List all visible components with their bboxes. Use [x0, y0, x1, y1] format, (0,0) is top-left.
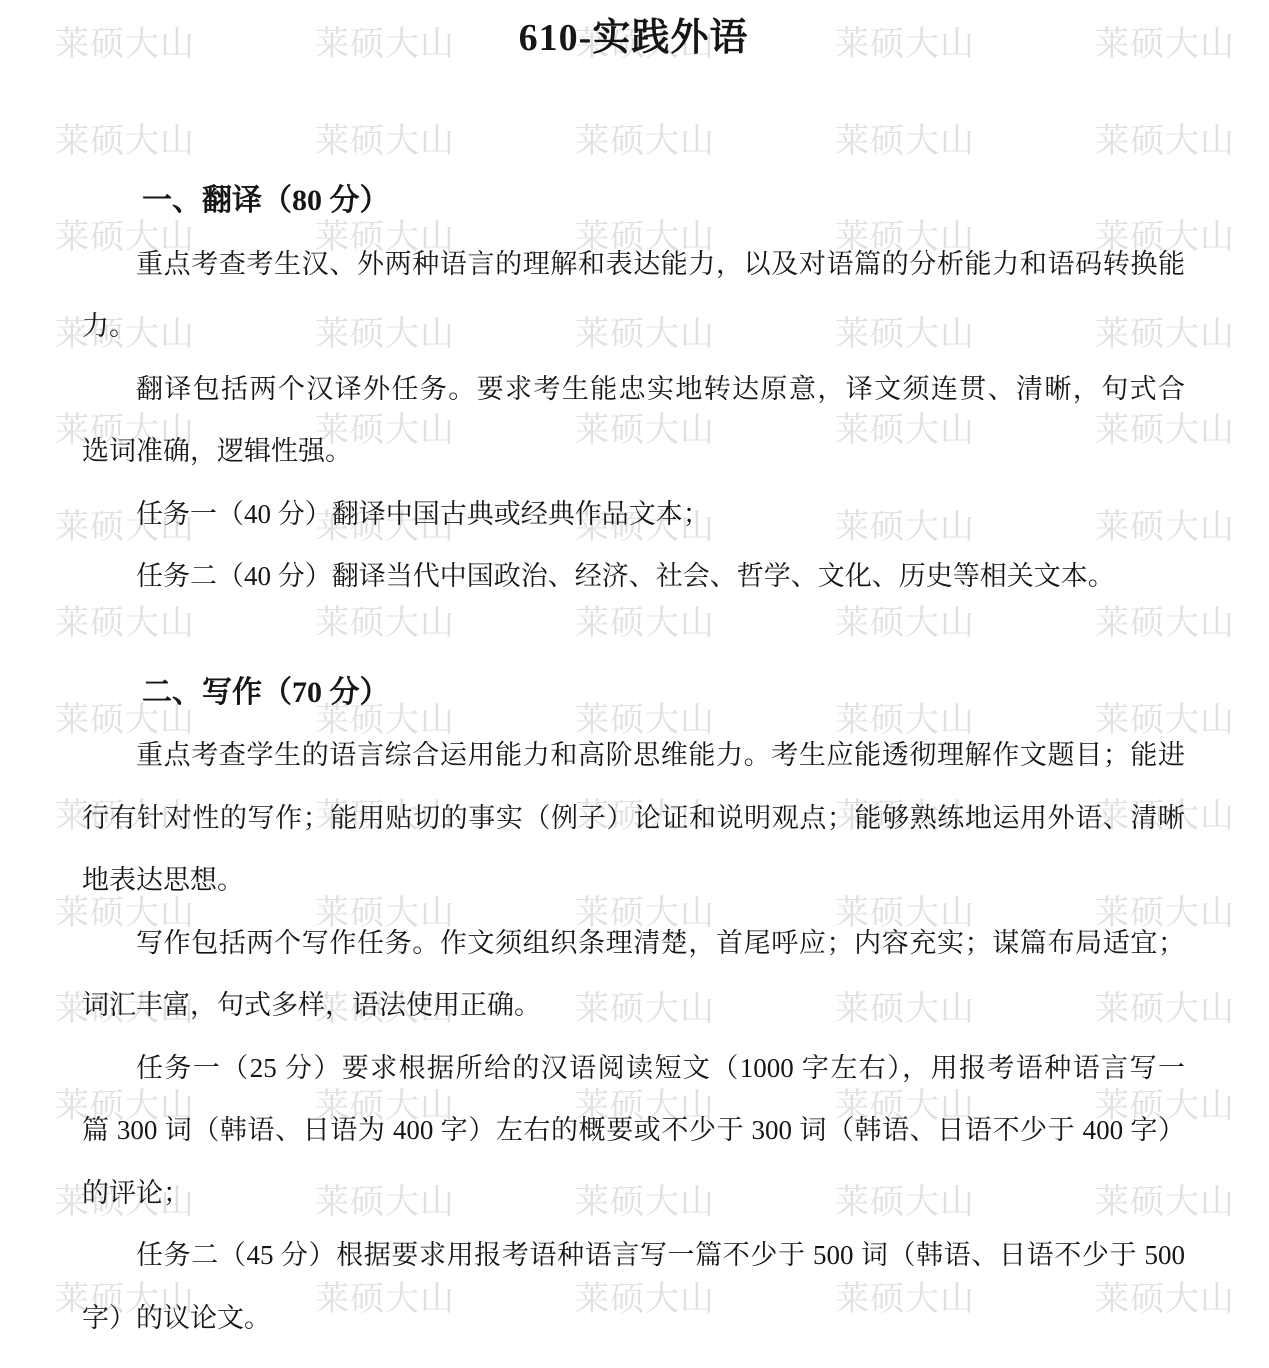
text-line: 任务二（45 分）根据要求用报考语种语言写一篇不少于 500 词（韩语、日语不少… — [82, 1224, 1185, 1287]
text-line: 任务二（40 分）翻译当代中国政治、经济、社会、哲学、文化、历史等相关文本。 — [82, 545, 1185, 608]
text-line: 力。 — [82, 295, 1185, 358]
text-line: 字）的议论文。 — [82, 1287, 1185, 1350]
section-heading-writing: 二、写作（70 分） — [82, 662, 1185, 725]
text-line: 任务一（40 分）翻译中国古典或经典作品文本； — [82, 483, 1185, 546]
paragraph: 任务二（45 分）根据要求用报考语种语言写一篇不少于 500 词（韩语、日语不少… — [82, 1224, 1185, 1349]
paragraph: 任务一（25 分）要求根据所给的汉语阅读短文（1000 字左右），用报考语种语言… — [82, 1037, 1185, 1225]
paragraph: 写作包括两个写作任务。作文须组织条理清楚，首尾呼应；内容充实；谋篇布局适宜； 词… — [82, 912, 1185, 1037]
paragraph: 重点考查学生的语言综合运用能力和高阶思维能力。考生应能透彻理解作文题目；能进 行… — [82, 724, 1185, 912]
section-heading-translation: 一、翻译（80 分） — [82, 170, 1185, 233]
paragraph: 重点考查考生汉、外两种语言的理解和表达能力，以及对语篇的分析能力和语码转换能 力… — [82, 233, 1185, 358]
text-line: 地表达思想。 — [82, 849, 1185, 912]
text-line: 选词准确，逻辑性强。 — [82, 420, 1185, 483]
document-page: 莱硕大山莱硕大山莱硕大山莱硕大山莱硕大山莱硕大山莱硕大山莱硕大山莱硕大山莱硕大山… — [0, 0, 1269, 1368]
text-line: 行有针对性的写作；能用贴切的事实（例子）论证和说明观点；能够熟练地运用外语、清晰 — [82, 787, 1185, 850]
document-title: 610-实践外语 — [82, 14, 1185, 62]
text-line: 的评论； — [82, 1162, 1185, 1225]
text-line: 重点考查学生的语言综合运用能力和高阶思维能力。考生应能透彻理解作文题目；能进 — [82, 724, 1185, 787]
document-content: 610-实践外语 一、翻译（80 分） 重点考查考生汉、外两种语言的理解和表达能… — [0, 0, 1269, 1368]
paragraph: 翻译包括两个汉译外任务。要求考生能忠实地转达原意，译文须连贯、清晰，句式合理， … — [82, 358, 1185, 483]
text-line: 写作包括两个写作任务。作文须组织条理清楚，首尾呼应；内容充实；谋篇布局适宜； — [82, 912, 1185, 975]
text-line: 重点考查考生汉、外两种语言的理解和表达能力，以及对语篇的分析能力和语码转换能 — [82, 233, 1185, 296]
paragraph: 任务一（40 分）翻译中国古典或经典作品文本； — [82, 483, 1185, 546]
paragraph: 任务二（40 分）翻译当代中国政治、经济、社会、哲学、文化、历史等相关文本。 — [82, 545, 1185, 608]
text-line: 篇 300 词（韩语、日语为 400 字）左右的概要或不少于 300 词（韩语、… — [82, 1099, 1185, 1162]
text-line: 翻译包括两个汉译外任务。要求考生能忠实地转达原意，译文须连贯、清晰，句式合理， — [82, 358, 1185, 421]
text-line: 任务一（25 分）要求根据所给的汉语阅读短文（1000 字左右），用报考语种语言… — [82, 1037, 1185, 1100]
text-line: 词汇丰富，句式多样，语法使用正确。 — [82, 974, 1185, 1037]
